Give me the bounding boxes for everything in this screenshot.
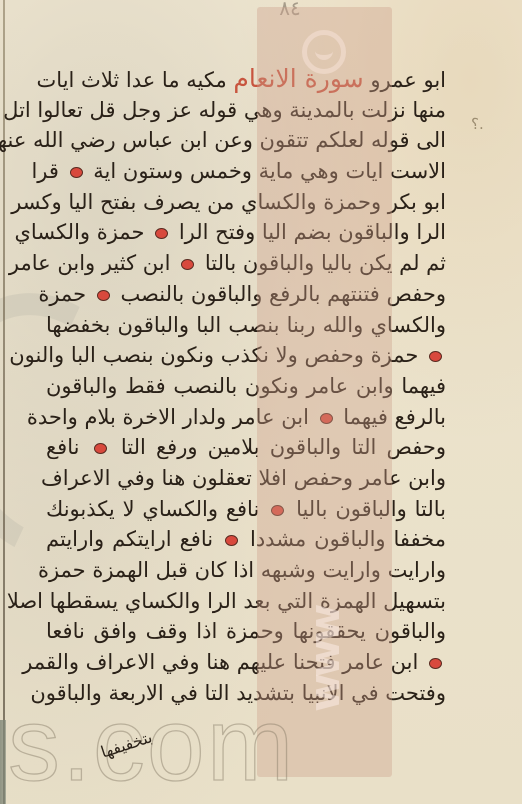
verse-marker-icon	[225, 535, 238, 546]
binding-edge-shadow	[0, 720, 6, 804]
watermark-vertical-text: www	[300, 560, 350, 760]
margin-mark: ؟.	[471, 115, 484, 133]
heading-suffix: مكيه ما عدا ثلاث ايات	[37, 68, 227, 92]
watermark-logo-glyph-icon	[315, 38, 333, 60]
verse-marker-icon	[94, 443, 107, 454]
verse-marker-icon	[429, 351, 442, 362]
watermark-footer-text: s.com	[8, 693, 295, 797]
verse-marker-icon	[155, 228, 168, 239]
verse-marker-icon	[97, 290, 110, 301]
verse-marker-icon	[181, 259, 194, 270]
verse-marker-icon	[429, 658, 442, 669]
verse-marker-icon	[70, 167, 83, 178]
